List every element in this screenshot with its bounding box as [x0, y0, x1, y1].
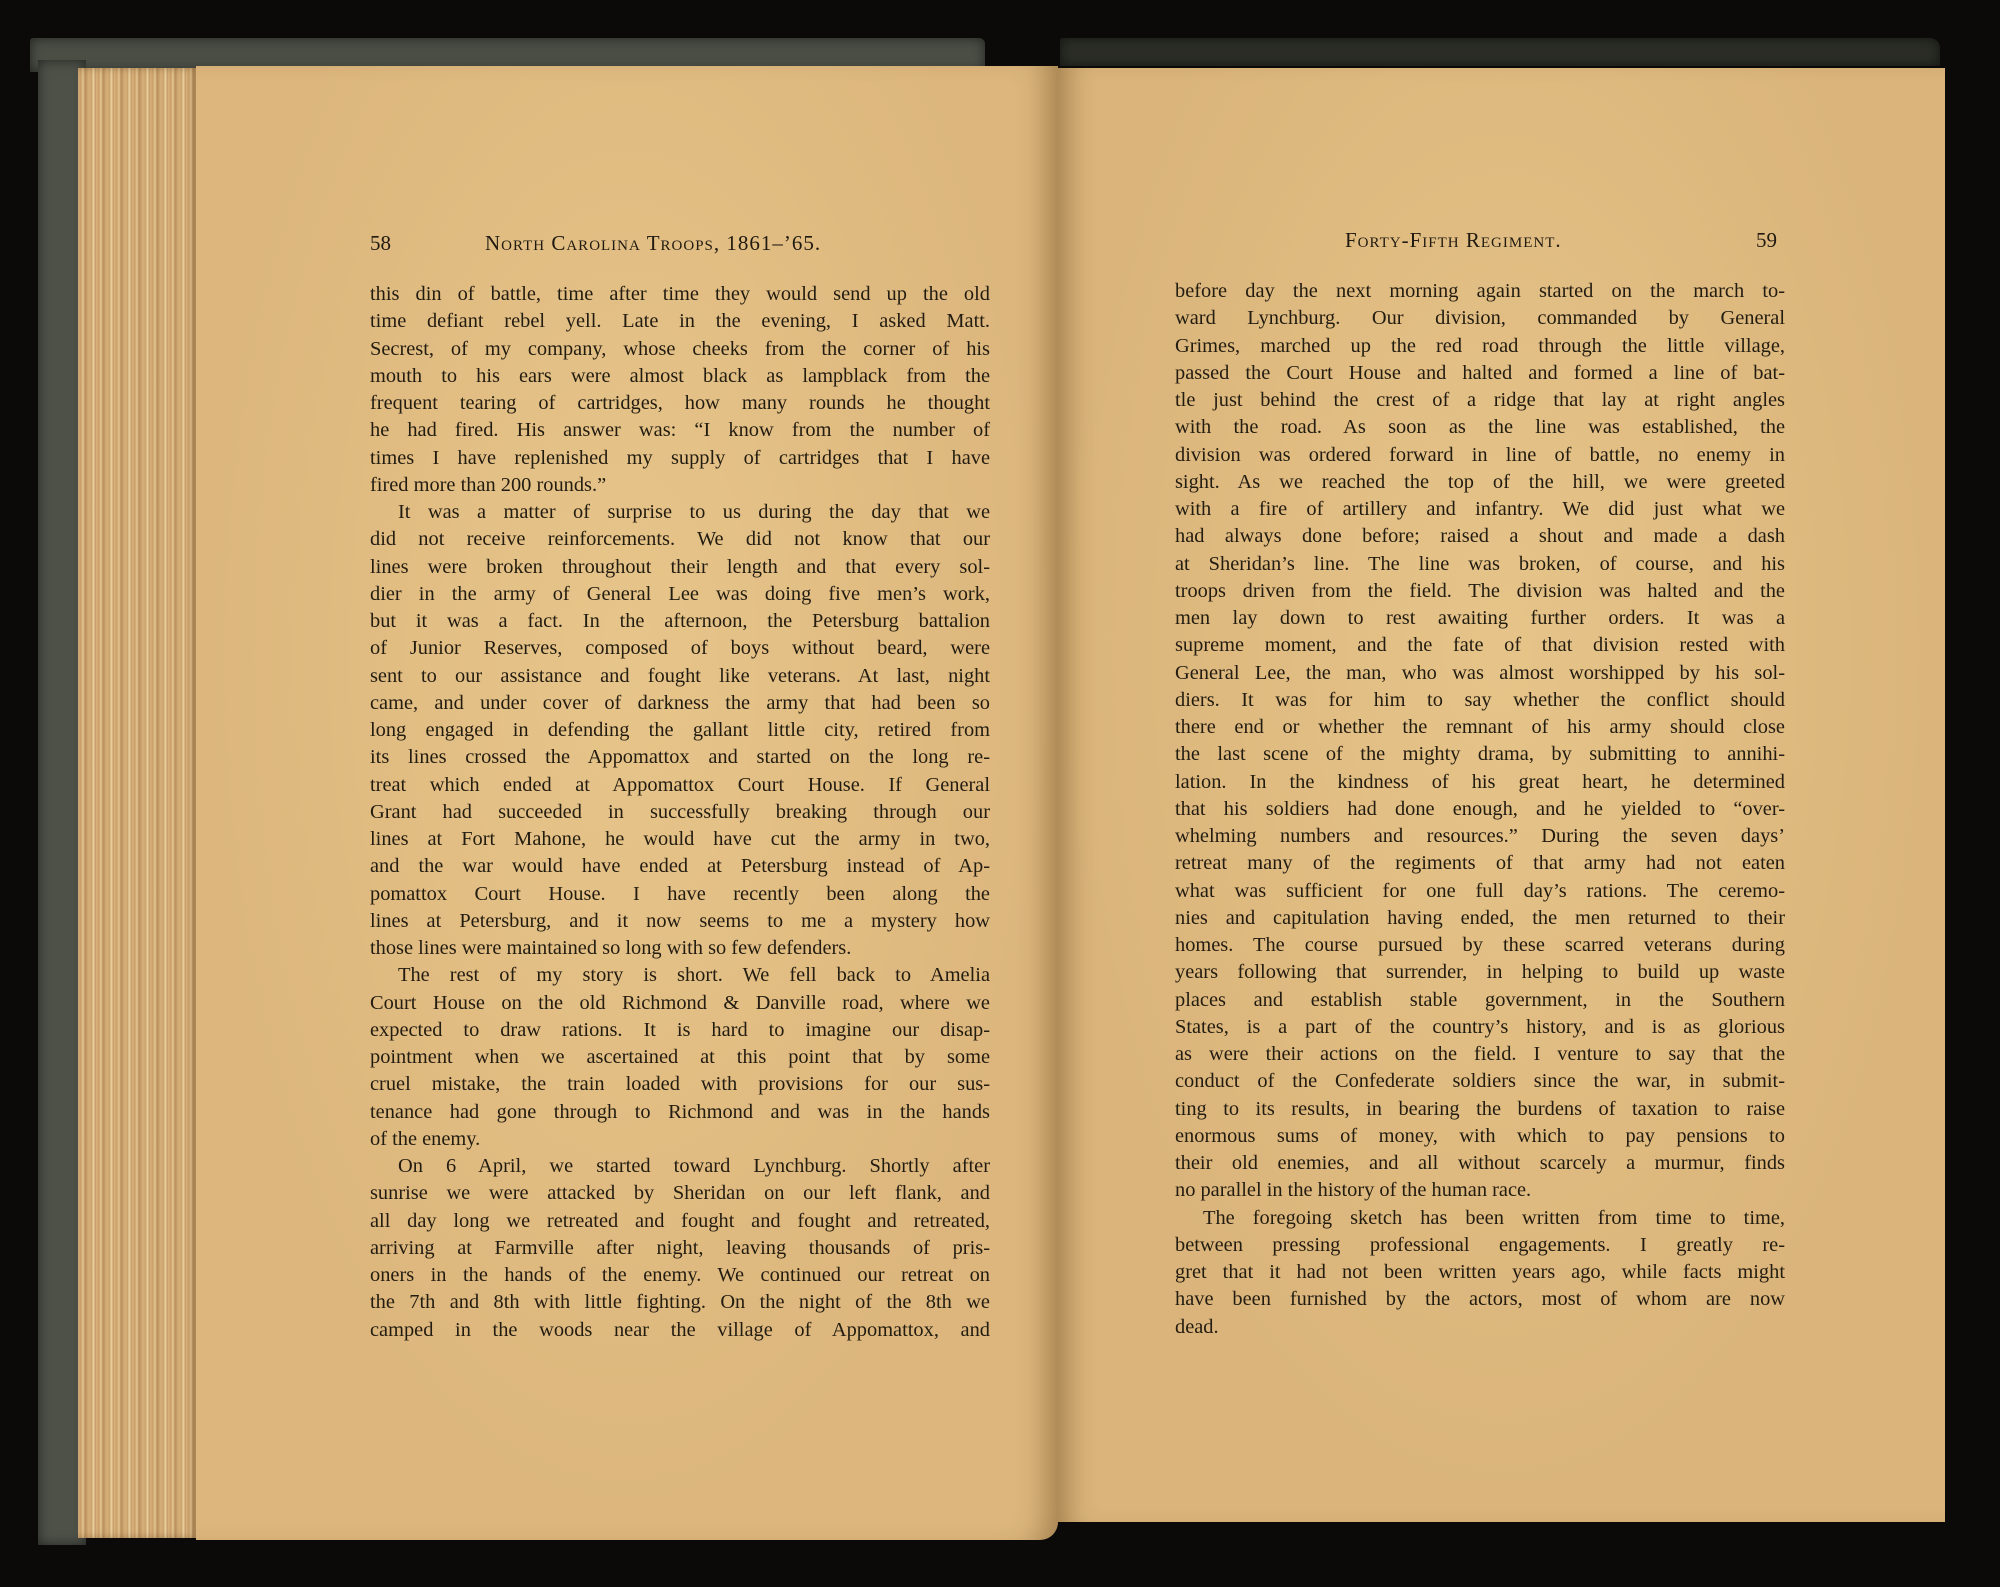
text-line: fired more than 200 rounds.” — [370, 472, 990, 499]
text-line: ward Lynchburg. Our division, commanded … — [1175, 305, 1785, 332]
text-line: expected to draw rations. It is hard to … — [370, 1017, 990, 1044]
text-line: Grimes, marched up the red road through … — [1175, 333, 1785, 360]
text-line: their old enemies, and all without scarc… — [1175, 1150, 1785, 1177]
text-line: arriving at Farmville after night, leavi… — [370, 1235, 990, 1262]
text-line: places and establish stable government, … — [1175, 987, 1785, 1014]
text-line: what was sufficient for one full day’s r… — [1175, 878, 1785, 905]
text-line: came, and under cover of darkness the ar… — [370, 690, 990, 717]
text-line: division was ordered forward in line of … — [1175, 442, 1785, 469]
text-line: as were their actions on the field. I ve… — [1175, 1041, 1785, 1068]
text-line: sunrise we were attacked by Sheridan on … — [370, 1180, 990, 1207]
text-line: passed the Court House and halted and fo… — [1175, 360, 1785, 387]
paragraph-start-line: The rest of my story is short. We fell b… — [370, 962, 990, 989]
text-line: with the road. As soon as the line was e… — [1175, 414, 1785, 441]
text-line: ting to its results, in bearing the burd… — [1175, 1096, 1785, 1123]
text-line: before day the next morning again starte… — [1175, 278, 1785, 305]
text-line: sight. As we reached the top of the hill… — [1175, 469, 1785, 496]
text-line: have been furnished by the actors, most … — [1175, 1286, 1785, 1313]
text-line: there end or whether the remnant of his … — [1175, 714, 1785, 741]
text-line: conduct of the Confederate soldiers sinc… — [1175, 1068, 1785, 1095]
text-line: tenance had gone through to Richmond and… — [370, 1099, 990, 1126]
paragraph-start-line: The foregoing sketch has been written fr… — [1175, 1205, 1785, 1232]
text-line: lation. In the kindness of his great hea… — [1175, 769, 1785, 796]
text-line: of the enemy. — [370, 1126, 990, 1153]
text-line: troops driven from the field. The divisi… — [1175, 578, 1785, 605]
text-line: had always done before; raised a shout a… — [1175, 523, 1785, 550]
text-line: did not receive reinforcements. We did n… — [370, 526, 990, 553]
text-line: long engaged in defending the gallant li… — [370, 717, 990, 744]
text-line: tle just behind the crest of a ridge tha… — [1175, 387, 1785, 414]
text-line: supreme moment, and the fate of that div… — [1175, 632, 1785, 659]
left-running-head-title: North Carolina Troops, 1861–’65. — [485, 231, 821, 255]
text-line: Court House on the old Richmond & Danvil… — [370, 990, 990, 1017]
text-line: this din of battle, time after time they… — [370, 281, 990, 308]
paragraph-start-line: On 6 April, we started toward Lynchburg.… — [370, 1153, 990, 1180]
text-line: mouth to his ears were almost black as l… — [370, 363, 990, 390]
right-running-head: Forty-Fifth Regiment. — [1345, 228, 1562, 253]
text-line: no parallel in the history of the human … — [1175, 1177, 1785, 1204]
left-page-text: this din of battle, time after time they… — [370, 281, 990, 1344]
text-line: lines were broken throughout their lengt… — [370, 554, 990, 581]
text-line: but it was a fact. In the afternoon, the… — [370, 608, 990, 635]
left-page-number: 58 — [370, 231, 391, 256]
text-line: between pressing professional engagement… — [1175, 1232, 1785, 1259]
text-line: homes. The course pursued by these scarr… — [1175, 932, 1785, 959]
page-stack-edges — [78, 68, 198, 1538]
text-line: lines at Fort Mahone, he would have cut … — [370, 826, 990, 853]
text-line: time defiant rebel yell. Late in the eve… — [370, 308, 990, 335]
text-line: States, is a part of the country’s histo… — [1175, 1014, 1785, 1041]
text-line: whelming numbers and resources.” During … — [1175, 823, 1785, 850]
text-line: frequent tearing of cartridges, how many… — [370, 390, 990, 417]
text-line: of Junior Reserves, composed of boys wit… — [370, 635, 990, 662]
text-line: years following that surrender, in helpi… — [1175, 959, 1785, 986]
text-line: at Sheridan’s line. The line was broken,… — [1175, 551, 1785, 578]
text-line: nies and capitulation having ended, the … — [1175, 905, 1785, 932]
text-line: enormous sums of money, with which to pa… — [1175, 1123, 1785, 1150]
paragraph-start-line: It was a matter of surprise to us during… — [370, 499, 990, 526]
text-line: and the war would have ended at Petersbu… — [370, 853, 990, 880]
text-line: dier in the army of General Lee was doin… — [370, 581, 990, 608]
text-line: with a fire of artillery and infantry. W… — [1175, 496, 1785, 523]
text-line: sent to our assistance and fought like v… — [370, 663, 990, 690]
text-line: that his soldiers had done enough, and h… — [1175, 796, 1785, 823]
text-line: Secrest, of my company, whose cheeks fro… — [370, 336, 990, 363]
text-line: all day long we retreated and fought and… — [370, 1208, 990, 1235]
text-line: cruel mistake, the train loaded with pro… — [370, 1071, 990, 1098]
text-line: men lay down to rest awaiting further or… — [1175, 605, 1785, 632]
text-line: pointment when we ascertained at this po… — [370, 1044, 990, 1071]
text-line: its lines crossed the Appomattox and sta… — [370, 744, 990, 771]
book-cover-right-edge — [1060, 38, 1940, 66]
right-page-number: 59 — [1756, 228, 1777, 253]
text-line: those lines were maintained so long with… — [370, 935, 990, 962]
text-line: times I have replenished my supply of ca… — [370, 445, 990, 472]
text-line: Grant had succeeded in successfully brea… — [370, 799, 990, 826]
right-page-text: before day the next morning again starte… — [1175, 278, 1785, 1341]
left-running-head: North Carolina Troops, 1861–’65. — [485, 231, 821, 256]
text-line: oners in the hands of the enemy. We cont… — [370, 1262, 990, 1289]
text-line: pomattox Court House. I have recently be… — [370, 881, 990, 908]
text-line: dead. — [1175, 1314, 1785, 1341]
text-line: diers. It was for him to say whether the… — [1175, 687, 1785, 714]
text-line: he had fired. His answer was: “I know fr… — [370, 417, 990, 444]
text-line: the last scene of the mighty drama, by s… — [1175, 741, 1785, 768]
text-line: camped in the woods near the village of … — [370, 1317, 990, 1344]
text-line: lines at Petersburg, and it now seems to… — [370, 908, 990, 935]
text-line: retreat many of the regiments of that ar… — [1175, 850, 1785, 877]
text-line: General Lee, the man, who was almost wor… — [1175, 660, 1785, 687]
text-line: the 7th and 8th with little fighting. On… — [370, 1289, 990, 1316]
text-line: treat which ended at Appomattox Court Ho… — [370, 772, 990, 799]
right-running-head-title: Forty-Fifth Regiment. — [1345, 228, 1562, 252]
text-line: gret that it had not been written years … — [1175, 1259, 1785, 1286]
